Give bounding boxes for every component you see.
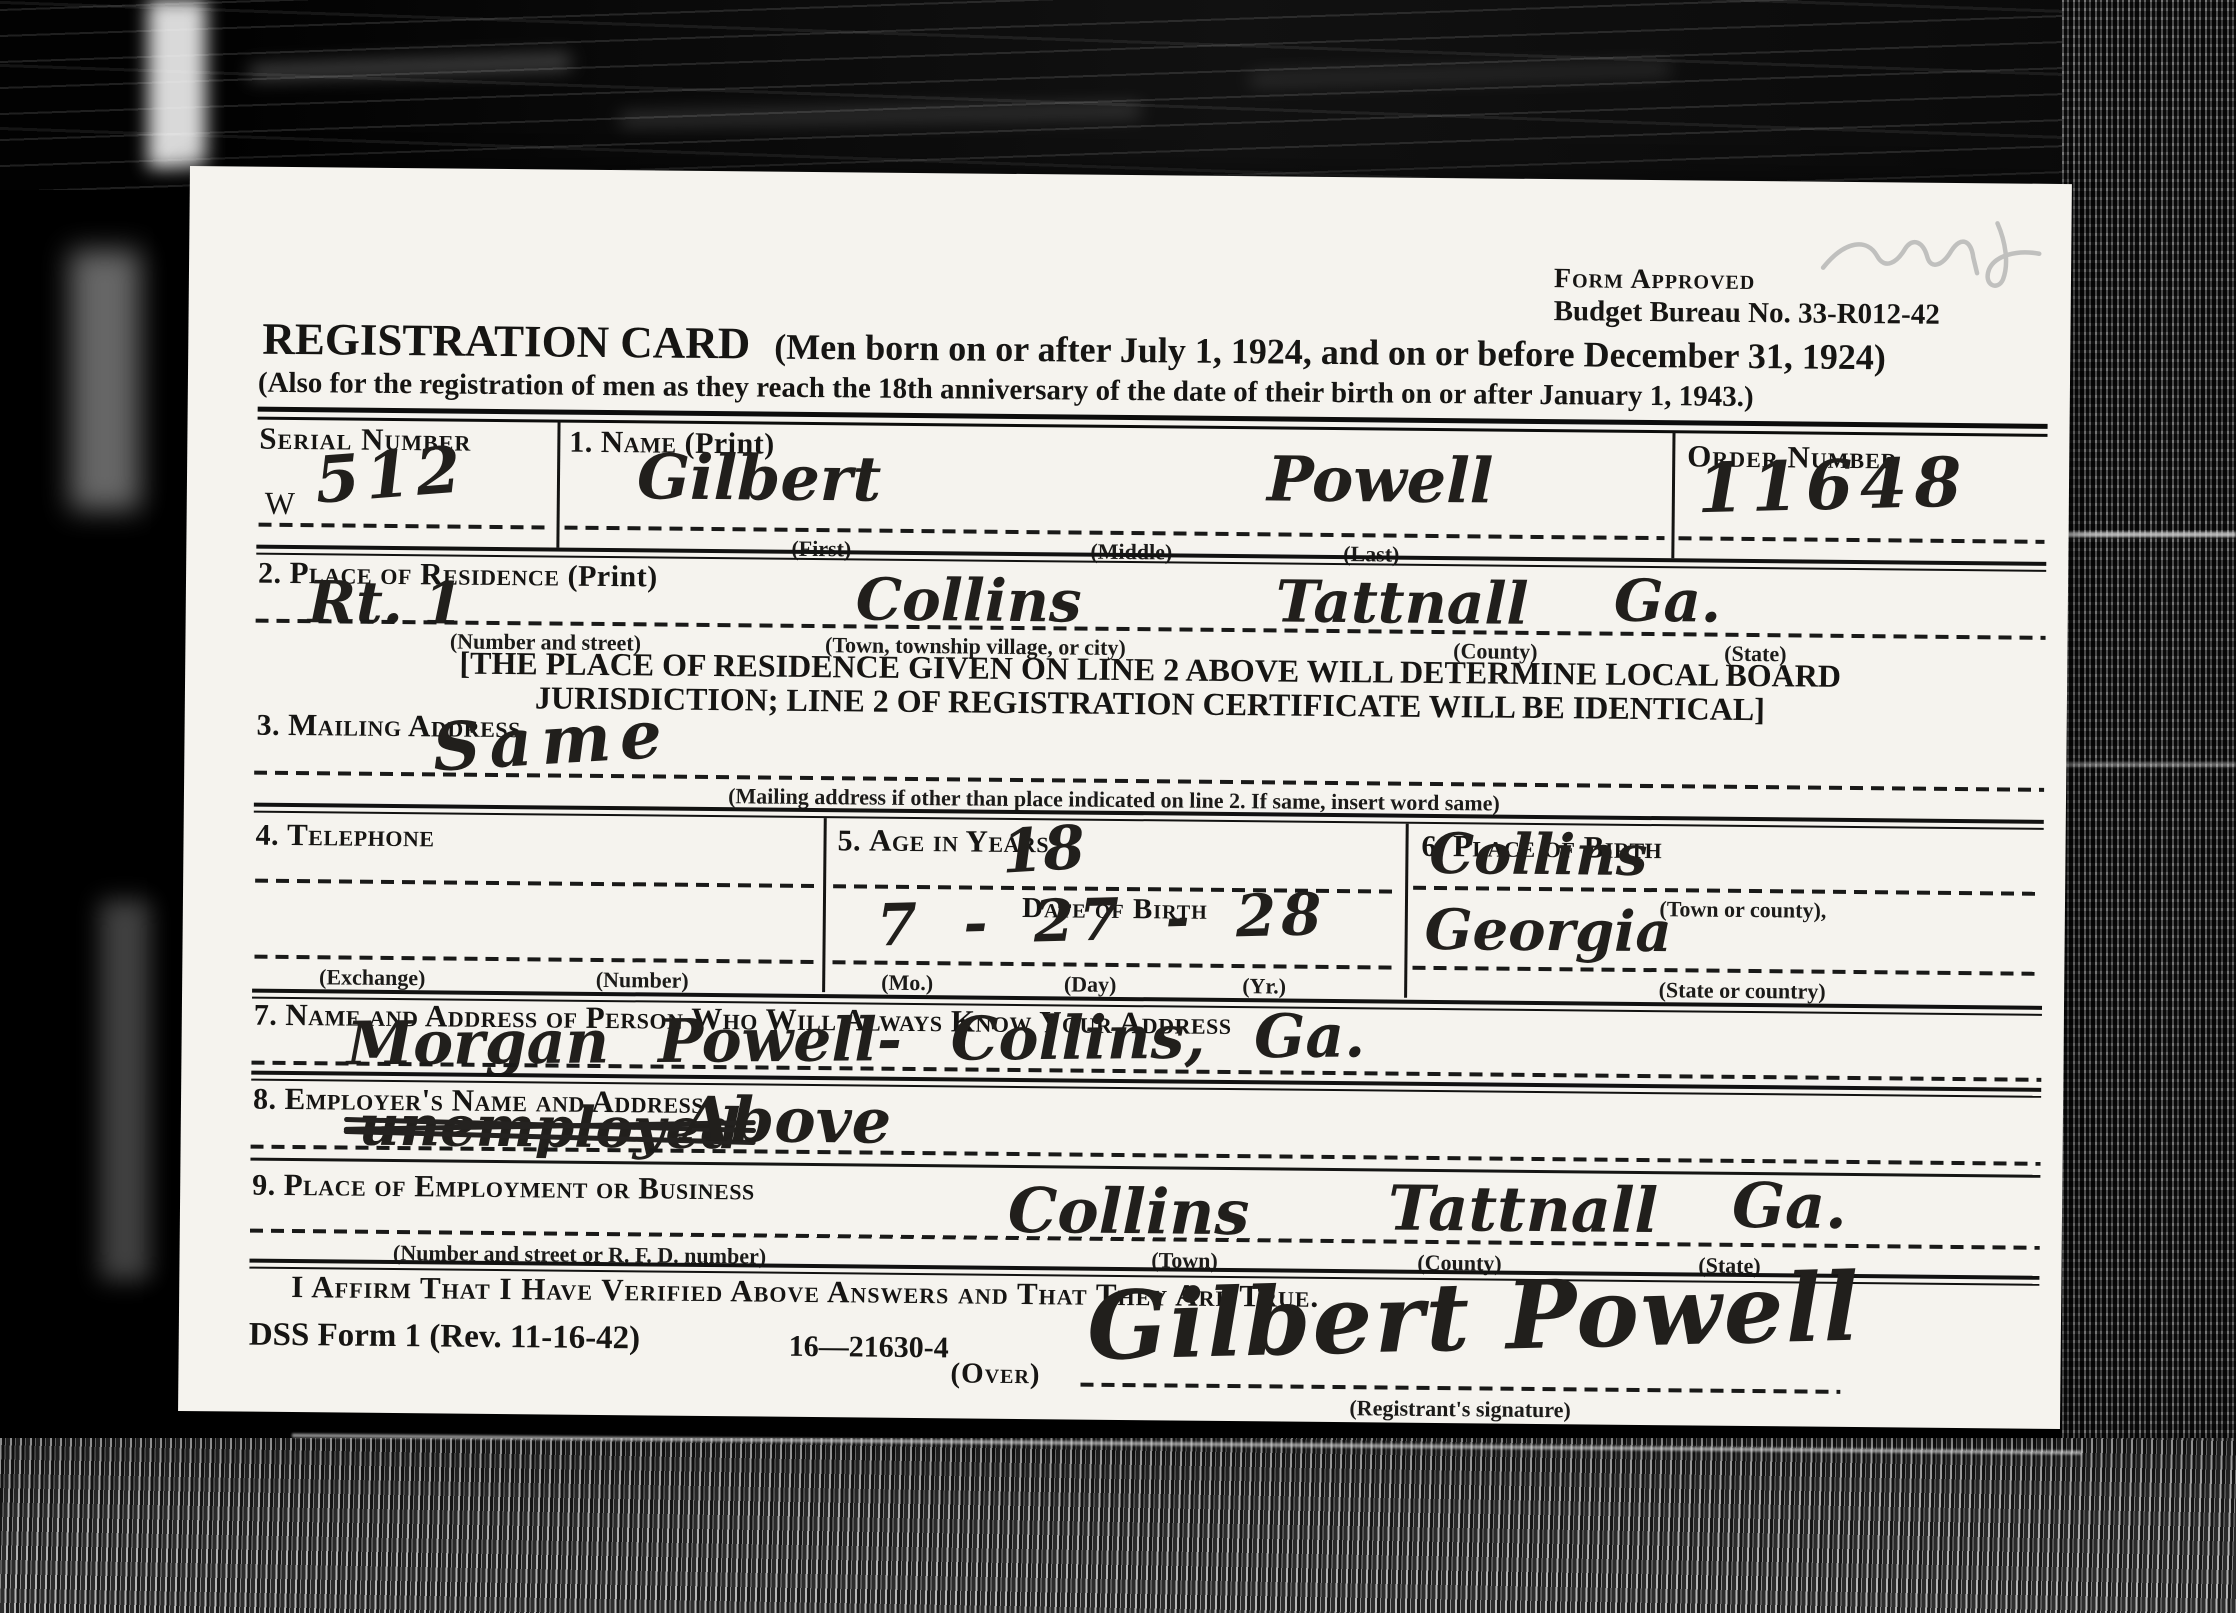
hint-month: (Mo.) — [881, 970, 933, 996]
hint-number: (Number) — [596, 967, 689, 994]
mailing-address-value: Same — [431, 700, 673, 780]
employment-town-value: Collins — [1008, 1180, 1250, 1244]
page-title: REGISTRATION CARD — [262, 313, 750, 370]
card-printed-area: Form Approved Budget Bureau No. 33-R012-… — [248, 167, 2050, 1429]
form-approved-block: Form Approved Budget Bureau No. 33-R012-… — [1554, 263, 1941, 332]
registration-card: Form Approved Budget Bureau No. 33-R012-… — [178, 166, 2072, 1429]
employment-place-label: 9. Place of Employment or Business — [252, 1167, 755, 1208]
registrant-signature: Gilbert Powell — [1086, 1261, 1862, 1375]
serial-number-value: 512 — [313, 438, 469, 514]
fill-in-line — [1412, 966, 2040, 976]
residence-county-value: Tattnall — [1276, 572, 1529, 632]
date-of-birth-value: 7 - 27 - 28 — [876, 885, 1327, 954]
title-divider-rule — [258, 407, 2048, 437]
residence-town-value: Collins — [856, 570, 1082, 630]
serial-prefix: W — [265, 485, 296, 522]
hint-birth-town: (Town or county), — [1659, 896, 1826, 924]
fill-in-line — [832, 960, 1397, 969]
name-first-value: Gilbert — [637, 446, 882, 510]
birth-state-value: Georgia — [1424, 902, 1672, 960]
wood-plank-seam — [2062, 532, 2236, 537]
scanned-draft-registration-card: Form Approved Budget Bureau No. 33-R012-… — [0, 0, 2236, 1613]
paint-splotch — [70, 250, 140, 510]
paint-streak — [148, 0, 206, 168]
column-divider — [1671, 432, 1675, 558]
title-eligibility-note: (Men born on or after July 1, 1924, and … — [774, 326, 1886, 379]
wood-background-top — [0, 0, 2236, 190]
column-divider — [822, 818, 827, 992]
wood-background-bottom — [0, 1438, 2236, 1613]
employment-county-value: Tattnall — [1388, 1178, 1659, 1243]
column-divider — [1404, 824, 1409, 998]
residence-state-value: Ga. — [1614, 572, 1722, 631]
fill-in-line — [1413, 886, 2041, 896]
name-last-value: Powell — [1267, 448, 1494, 512]
hint-year: (Yr.) — [1242, 973, 1286, 999]
fill-in-line — [254, 955, 814, 964]
fill-in-line — [259, 523, 549, 530]
wood-plank-seam — [2062, 762, 2236, 767]
hint-registrant-signature: (Registrant's signature) — [1349, 1395, 1571, 1423]
print-code: 16—21630-4 — [789, 1330, 949, 1366]
employment-state-value: Ga. — [1732, 1175, 1847, 1238]
paint-splotch — [100, 900, 150, 1280]
hint-birth-state: (State or country) — [1659, 977, 1826, 1005]
fill-in-line — [255, 879, 815, 888]
form-id: DSS Form 1 (Rev. 11-16-42) — [249, 1317, 641, 1358]
form-approved-label: Form Approved — [1554, 263, 1940, 299]
order-number-value: 11648 — [1696, 448, 1969, 523]
telephone-label: 4. Telephone — [255, 817, 434, 855]
age-value: 18 — [1000, 818, 1087, 883]
hint-exchange: (Exchange) — [319, 964, 426, 991]
hint-day: (Day) — [1064, 971, 1117, 998]
employer-value: Above — [683, 1089, 892, 1153]
fill-in-line — [1678, 536, 2044, 544]
column-divider — [556, 422, 560, 548]
over-note: (Over) — [950, 1357, 1040, 1391]
birth-town-value: Collins — [1429, 826, 1648, 884]
signature-line — [1080, 1383, 1840, 1394]
